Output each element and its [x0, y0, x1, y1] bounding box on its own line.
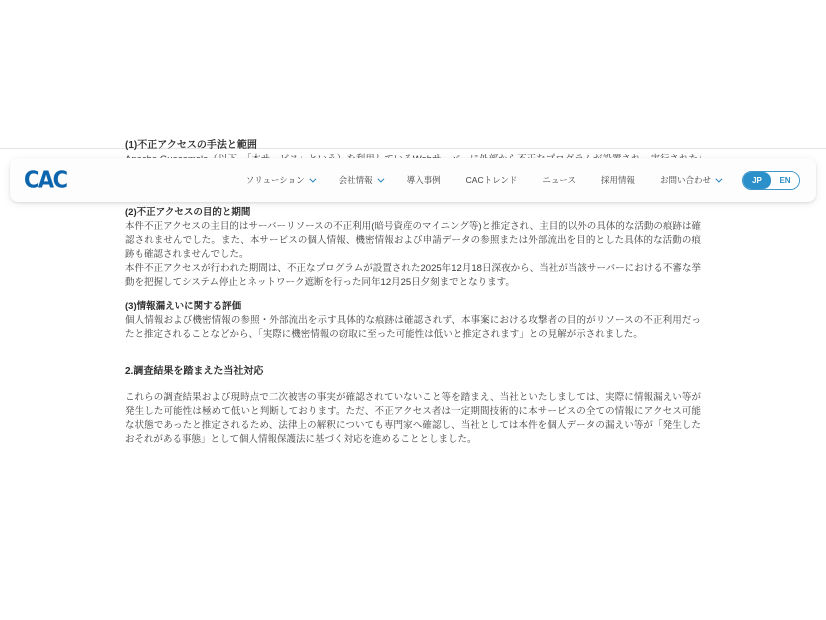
nav-item-label: CACトレンド [466, 174, 518, 186]
nav-item-cac-trend[interactable]: CACトレンド [466, 174, 518, 186]
section-main-2-heading: 2.調査結果を踏まえた当社対応 [125, 365, 701, 379]
nav-item-label: ニュース [542, 174, 576, 186]
sticky-header: CAC ソリューション 会社情報 導入事例 CACトレンド ニュース 採用情報 [10, 158, 816, 202]
section-2-paragraph-2: 本件不正アクセスが行われた期間は、不正なプログラムが設置された2025年12月1… [125, 262, 701, 290]
spacer [125, 290, 701, 300]
cac-logo[interactable]: CAC [24, 169, 67, 192]
section-2-heading: (2)不正アクセスの目的と期間 [125, 206, 701, 220]
nav-item-news[interactable]: ニュース [542, 174, 576, 186]
section-main-2-paragraph: これらの調査結果および現時点で二次被害の事実が確認されていないこと等を踏まえ、当… [125, 391, 701, 447]
main-navigation: ソリューション 会社情報 導入事例 CACトレンド ニュース 採用情報 お問い合… [246, 174, 720, 186]
nav-item-careers[interactable]: 採用情報 [601, 174, 635, 186]
nav-item-label: ソリューション [246, 174, 305, 186]
section-3-heading: (3)情報漏えいに関する評価 [125, 300, 701, 314]
nav-item-label: 採用情報 [601, 174, 635, 186]
article-body: (2)不正アクセスの目的と期間 本件不正アクセスの主目的はサーバーリソースの不正… [125, 206, 701, 447]
language-toggle: JP EN [742, 171, 800, 190]
chevron-down-icon [377, 175, 384, 182]
chevron-down-icon [309, 175, 316, 182]
nav-item-cases[interactable]: 導入事例 [407, 174, 441, 186]
clipped-section-heading: (1)不正アクセスの手法と範囲 [125, 136, 701, 151]
top-white-mask [0, 0, 826, 136]
nav-item-label: 導入事例 [407, 174, 441, 186]
section-2-paragraph-1: 本件不正アクセスの主目的はサーバーリソースの不正利用(暗号資産のマイニング等)と… [125, 220, 701, 262]
nav-item-company[interactable]: 会社情報 [339, 174, 382, 186]
lang-jp-button[interactable]: JP [743, 172, 771, 189]
chevron-down-icon [715, 175, 722, 182]
nav-item-label: 会社情報 [339, 174, 373, 186]
page: (1)不正アクセスの手法と範囲 Apache Guacamole（以下、「本サー… [0, 0, 826, 620]
section-3-paragraph: 個人情報および機密情報の参照・外部流出を示す具体的な痕跡は確認されず、本事案にお… [125, 314, 701, 342]
nav-item-solutions[interactable]: ソリューション [246, 174, 314, 186]
nav-item-contact[interactable]: お問い合わせ [660, 174, 720, 186]
nav-item-label: お問い合わせ [660, 174, 711, 186]
lang-en-button[interactable]: EN [771, 172, 799, 189]
